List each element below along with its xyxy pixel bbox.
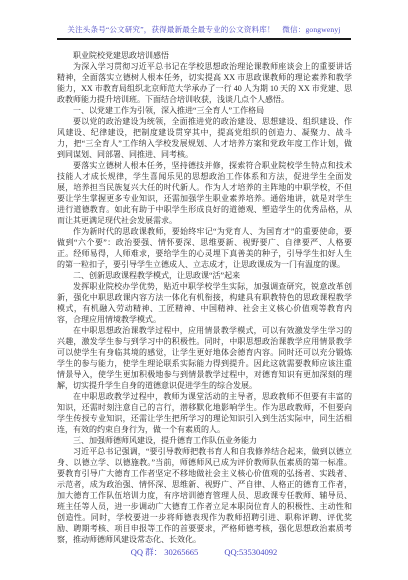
- paragraph: 发挥职业院校办学优势，贴近中职学校学生实际，加强调查研究，锐意改革创新，强化中职…: [57, 281, 352, 325]
- paragraph: 为深入学习贯彻习近平总书记在学校思想政治理论课教师座谈会上的重要讲话精神，全面落…: [57, 61, 352, 105]
- paragraph: 在中职思想政治课教学过程中，应用情景教学模式，可以有效激发学生学习的兴趣，激发学…: [57, 325, 352, 391]
- section-heading-3: 三、加强师德师风建设，提升德育工作队伍业务能力: [57, 435, 352, 446]
- header-banner: 关注头条号“公文研究”，获得最新最全最专业的公文资料库！ 微信：gongweny…: [57, 24, 351, 40]
- section-heading-1: 一、以党建工作为引领，深入推进“三全育人”工作格局: [57, 105, 352, 116]
- paragraph: 要以党的政治建设为统领，全面推进党的政治建设、思想建设、组织建设、作风建设、纪律…: [57, 116, 352, 160]
- qq-group-number: QQ 群： 30265665: [131, 547, 199, 557]
- section-heading-2: 二、创新思政课程教学模式，让思政课“活”起来: [57, 270, 352, 281]
- paragraph: 在中职思政教学过程中，教师为课堂活动的主导者，思政教师不但要有丰富的知识，还需时…: [57, 391, 352, 435]
- document-title: 职业院校党建思政培训感悟: [57, 50, 352, 61]
- footer: QQ 群： 30265665QQ:535304092: [0, 546, 408, 558]
- qq-number: QQ:535304092: [224, 547, 277, 557]
- paragraph: 要落实立德树人根本任务，坚持德技并修，探索符合职业院校学生特点和技术技能人才成长…: [57, 160, 352, 226]
- paragraph: 作为新时代的思政课教师，要始终牢记“为党育人、为国育才”的重要使命，要做到“六个…: [57, 226, 352, 270]
- document-page: 关注头条号“公文研究”，获得最新最全最专业的公文资料库！ 微信：gongweny…: [0, 0, 408, 580]
- document-body: 职业院校党建思政培训感悟 为深入学习贯彻习近平总书记在学校思想政治理论课教师座谈…: [57, 50, 352, 545]
- paragraph: 习近平总书记强调，“要引导教师把教书育人和自我修养结合起来，做到以德立身、以德立…: [57, 446, 352, 545]
